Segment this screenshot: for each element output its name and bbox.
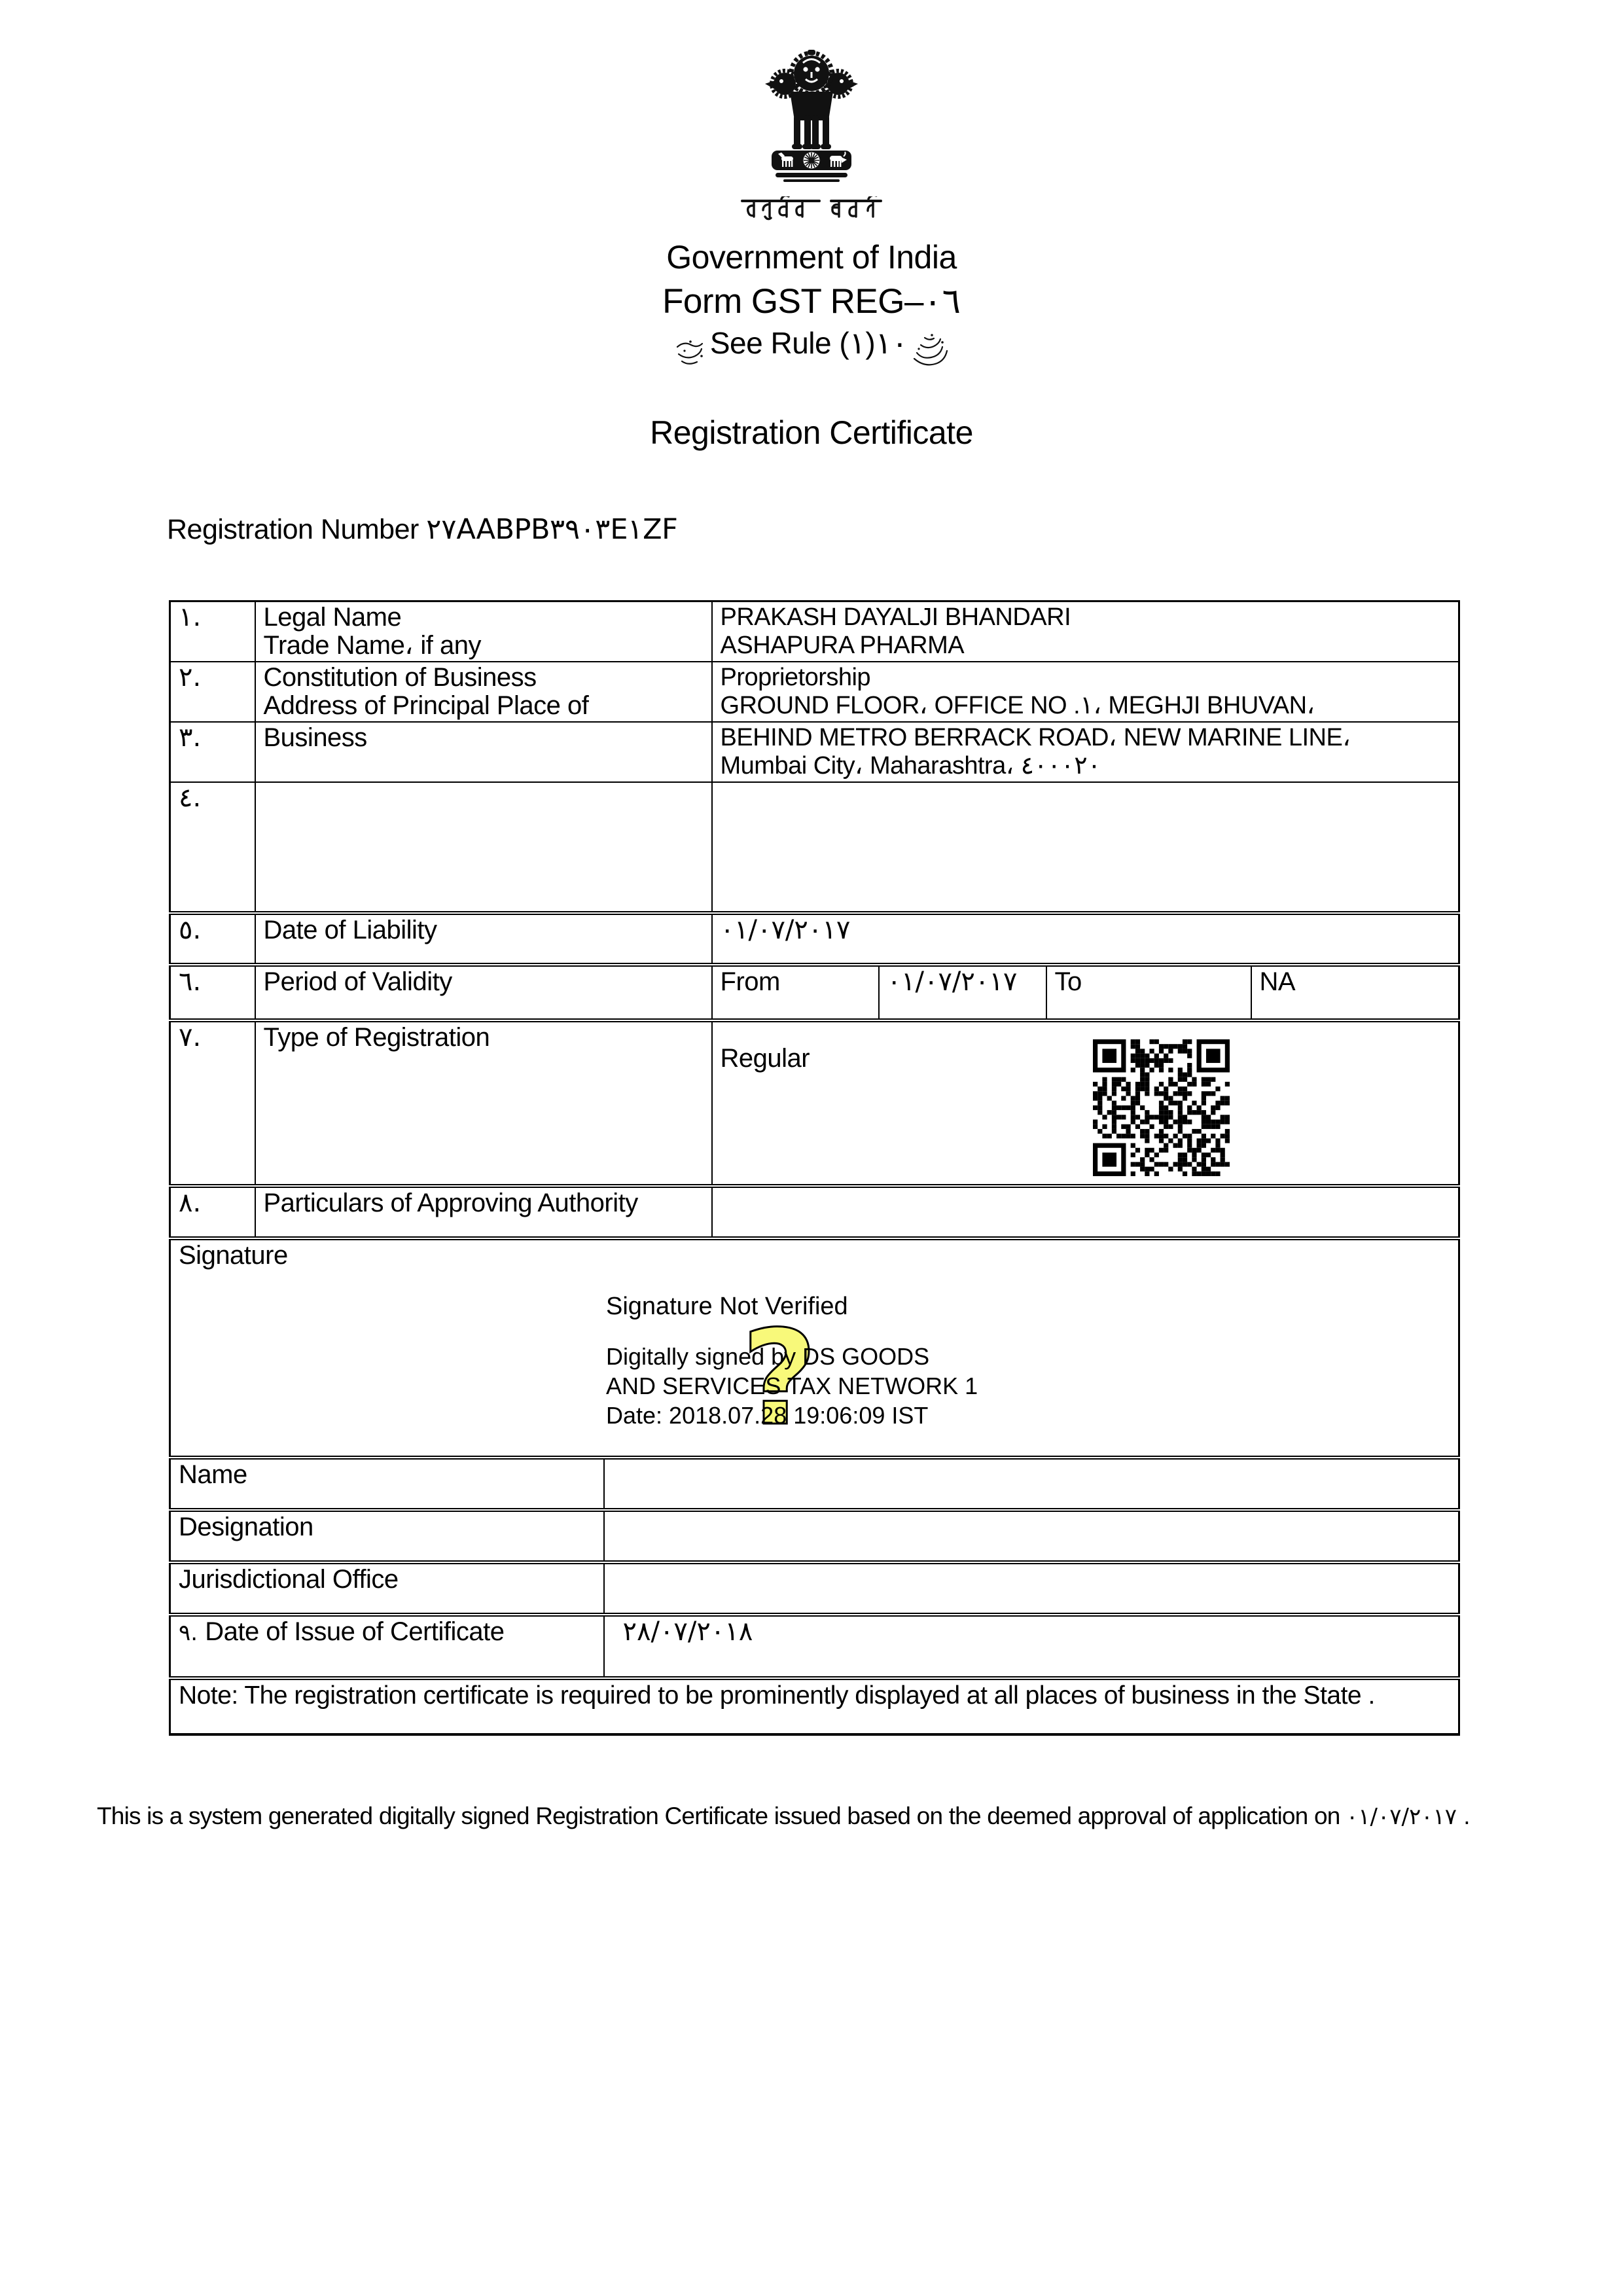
- row-number: ٨.: [170, 1186, 255, 1238]
- table-row: Jurisdictional Office: [170, 1562, 1459, 1615]
- registration-number-value: ٢٧AABPB٣٩٠٣E١ZF: [426, 513, 677, 546]
- field-label: Period of Validity: [255, 965, 712, 1020]
- field-value: BEHIND METRO BERRACK ROAD، NEW MARINE LI…: [712, 722, 1459, 782]
- field-value: Proprietorship GROUND FLOOR، OFFICE NO .…: [712, 662, 1459, 722]
- certificate-table: ١. Legal Name Trade Name، if any PRAKASH…: [169, 600, 1460, 1736]
- jurisdictional-office-label: Jurisdictional Office: [170, 1562, 604, 1615]
- note-text: Note: The registration certificate is re…: [179, 1681, 1450, 1710]
- arabic-ligature-right-icon: [912, 332, 950, 368]
- field-label-line: Business: [264, 724, 704, 752]
- row-number: ٢.: [170, 662, 255, 722]
- footer-period: .: [1463, 1803, 1470, 1829]
- table-row: ٢. Constitution of Business Address of P…: [170, 662, 1459, 722]
- form-title: Form GST REG–٠٦: [0, 281, 1623, 321]
- field-value: PRAKASH DAYALJI BHANDARI ASHAPURA PHARMA: [712, 601, 1459, 662]
- arabic-ligature-left-icon: [673, 339, 706, 368]
- note-row: Note: The registration certificate is re…: [170, 1678, 1459, 1734]
- certificate-page: Government of India Form GST REG–٠٦ See …: [0, 0, 1623, 2296]
- see-rule-text: See Rule ١٠(١): [710, 325, 908, 361]
- field-value: [712, 782, 1459, 913]
- name-value: [604, 1458, 1459, 1510]
- table-row: Designation: [170, 1510, 1459, 1562]
- stamp-status: Signature Not Verified: [606, 1293, 978, 1321]
- field-label: Legal Name Trade Name، if any: [255, 601, 712, 662]
- field-value-line: Mumbai City، Maharashtra، ٤٠٠٠٢٠: [721, 752, 1451, 780]
- qr-code: [1086, 1031, 1238, 1183]
- jurisdictional-office-value: [604, 1562, 1459, 1615]
- validity-from-label: From: [712, 965, 879, 1020]
- row-number: ٦.: [170, 965, 255, 1020]
- registration-number-label: Registration Number: [167, 514, 419, 545]
- field-value-line: ASHAPURA PHARMA: [721, 632, 1451, 660]
- table-row: ٥. Date of Liability ٠١/٠٧/٢٠١٧: [170, 913, 1459, 965]
- government-title: Government of India: [0, 238, 1623, 276]
- table-row: ٦. Period of Validity From ٠١/٠٧/٢٠١٧ To…: [170, 965, 1459, 1020]
- field-label-line: Legal Name: [264, 603, 704, 632]
- field-value: Regular: [712, 1020, 1459, 1186]
- certificate-title: Registration Certificate: [0, 414, 1623, 452]
- row-number: ٤.: [170, 782, 255, 913]
- field-value: ٠١/٠٧/٢٠١٧: [712, 913, 1459, 965]
- field-label-line: Trade Name، if any: [264, 632, 704, 660]
- row-number: ٥.: [170, 913, 255, 965]
- footer-text: This is a system generated digitally sig…: [97, 1803, 1340, 1829]
- field-label: [255, 782, 712, 913]
- field-label: Constitution of Business Address of Prin…: [255, 662, 712, 722]
- see-rule-line: See Rule ١٠(١): [0, 325, 1623, 368]
- signature-label: Signature: [179, 1241, 288, 1270]
- table-row: Name: [170, 1458, 1459, 1510]
- registration-number: Registration Number ٢٧AABPB٣٩٠٣E١ZF: [167, 513, 677, 546]
- signature-cell: Signature ? Signature Not Verified Digit…: [170, 1238, 1459, 1458]
- validity-to-value: NA: [1251, 965, 1459, 1020]
- date-of-issue-label: ٩. Date of Issue of Certificate: [170, 1615, 604, 1678]
- row-number: ١.: [170, 601, 255, 662]
- designation-label: Designation: [170, 1510, 604, 1562]
- date-of-issue-label-text: Date of Issue of Certificate: [205, 1617, 504, 1646]
- field-value-line: BEHIND METRO BERRACK ROAD، NEW MARINE LI…: [721, 724, 1451, 752]
- field-label: Particulars of Approving Authority: [255, 1186, 712, 1238]
- devanagari-motto-icon: [740, 196, 883, 223]
- table-row: ٨. Particulars of Approving Authority: [170, 1186, 1459, 1238]
- date-of-issue-value: ٢٨/٠٧/٢٠١٨: [604, 1615, 1459, 1678]
- validity-to-label: To: [1046, 965, 1251, 1020]
- field-label: Date of Liability: [255, 913, 712, 965]
- field-label: Business: [255, 722, 712, 782]
- stamp-date-line: Date: 2018.07.28 19:06:09 IST: [606, 1401, 978, 1430]
- name-label: Name: [170, 1458, 604, 1510]
- note-cell: Note: The registration certificate is re…: [170, 1678, 1459, 1734]
- table-row: ٧. Type of Registration Regular: [170, 1020, 1459, 1186]
- row-number: ٩.: [179, 1620, 198, 1646]
- field-label-line: Address of Principal Place of: [264, 692, 704, 720]
- field-value-line: GROUND FLOOR، OFFICE NO .١، MEGHJI BHUVA…: [721, 692, 1451, 720]
- signature-row: Signature ? Signature Not Verified Digit…: [170, 1238, 1459, 1458]
- field-value: [712, 1186, 1459, 1238]
- footer-note: This is a system generated digitally sig…: [97, 1803, 1471, 1830]
- table-row: ١. Legal Name Trade Name، if any PRAKASH…: [170, 601, 1459, 662]
- stamp-signer-line: AND SERVICES TAX NETWORK 1: [606, 1371, 978, 1401]
- field-label: Type of Registration: [255, 1020, 712, 1186]
- row-number: ٧.: [170, 1020, 255, 1186]
- footer-date: ٠١/٠٧/٢٠١٧: [1346, 1804, 1457, 1830]
- row-number: ٣.: [170, 722, 255, 782]
- signature-stamp: Signature Not Verified Digitally signed …: [606, 1293, 978, 1430]
- validity-from-value: ٠١/٠٧/٢٠١٧: [879, 965, 1046, 1020]
- designation-value: [604, 1510, 1459, 1562]
- field-value-line: Proprietorship: [721, 664, 1451, 692]
- table-row: ٩. Date of Issue of Certificate ٢٨/٠٧/٢٠…: [170, 1615, 1459, 1678]
- field-label-line: Constitution of Business: [264, 664, 704, 692]
- table-row: ٣. Business BEHIND METRO BERRACK ROAD، N…: [170, 722, 1459, 782]
- emblem-of-india-icon: [762, 45, 861, 190]
- field-value-line: PRAKASH DAYALJI BHANDARI: [721, 603, 1451, 632]
- table-row: ٤.: [170, 782, 1459, 913]
- stamp-signer-line: Digitally signed by DS GOODS: [606, 1342, 978, 1371]
